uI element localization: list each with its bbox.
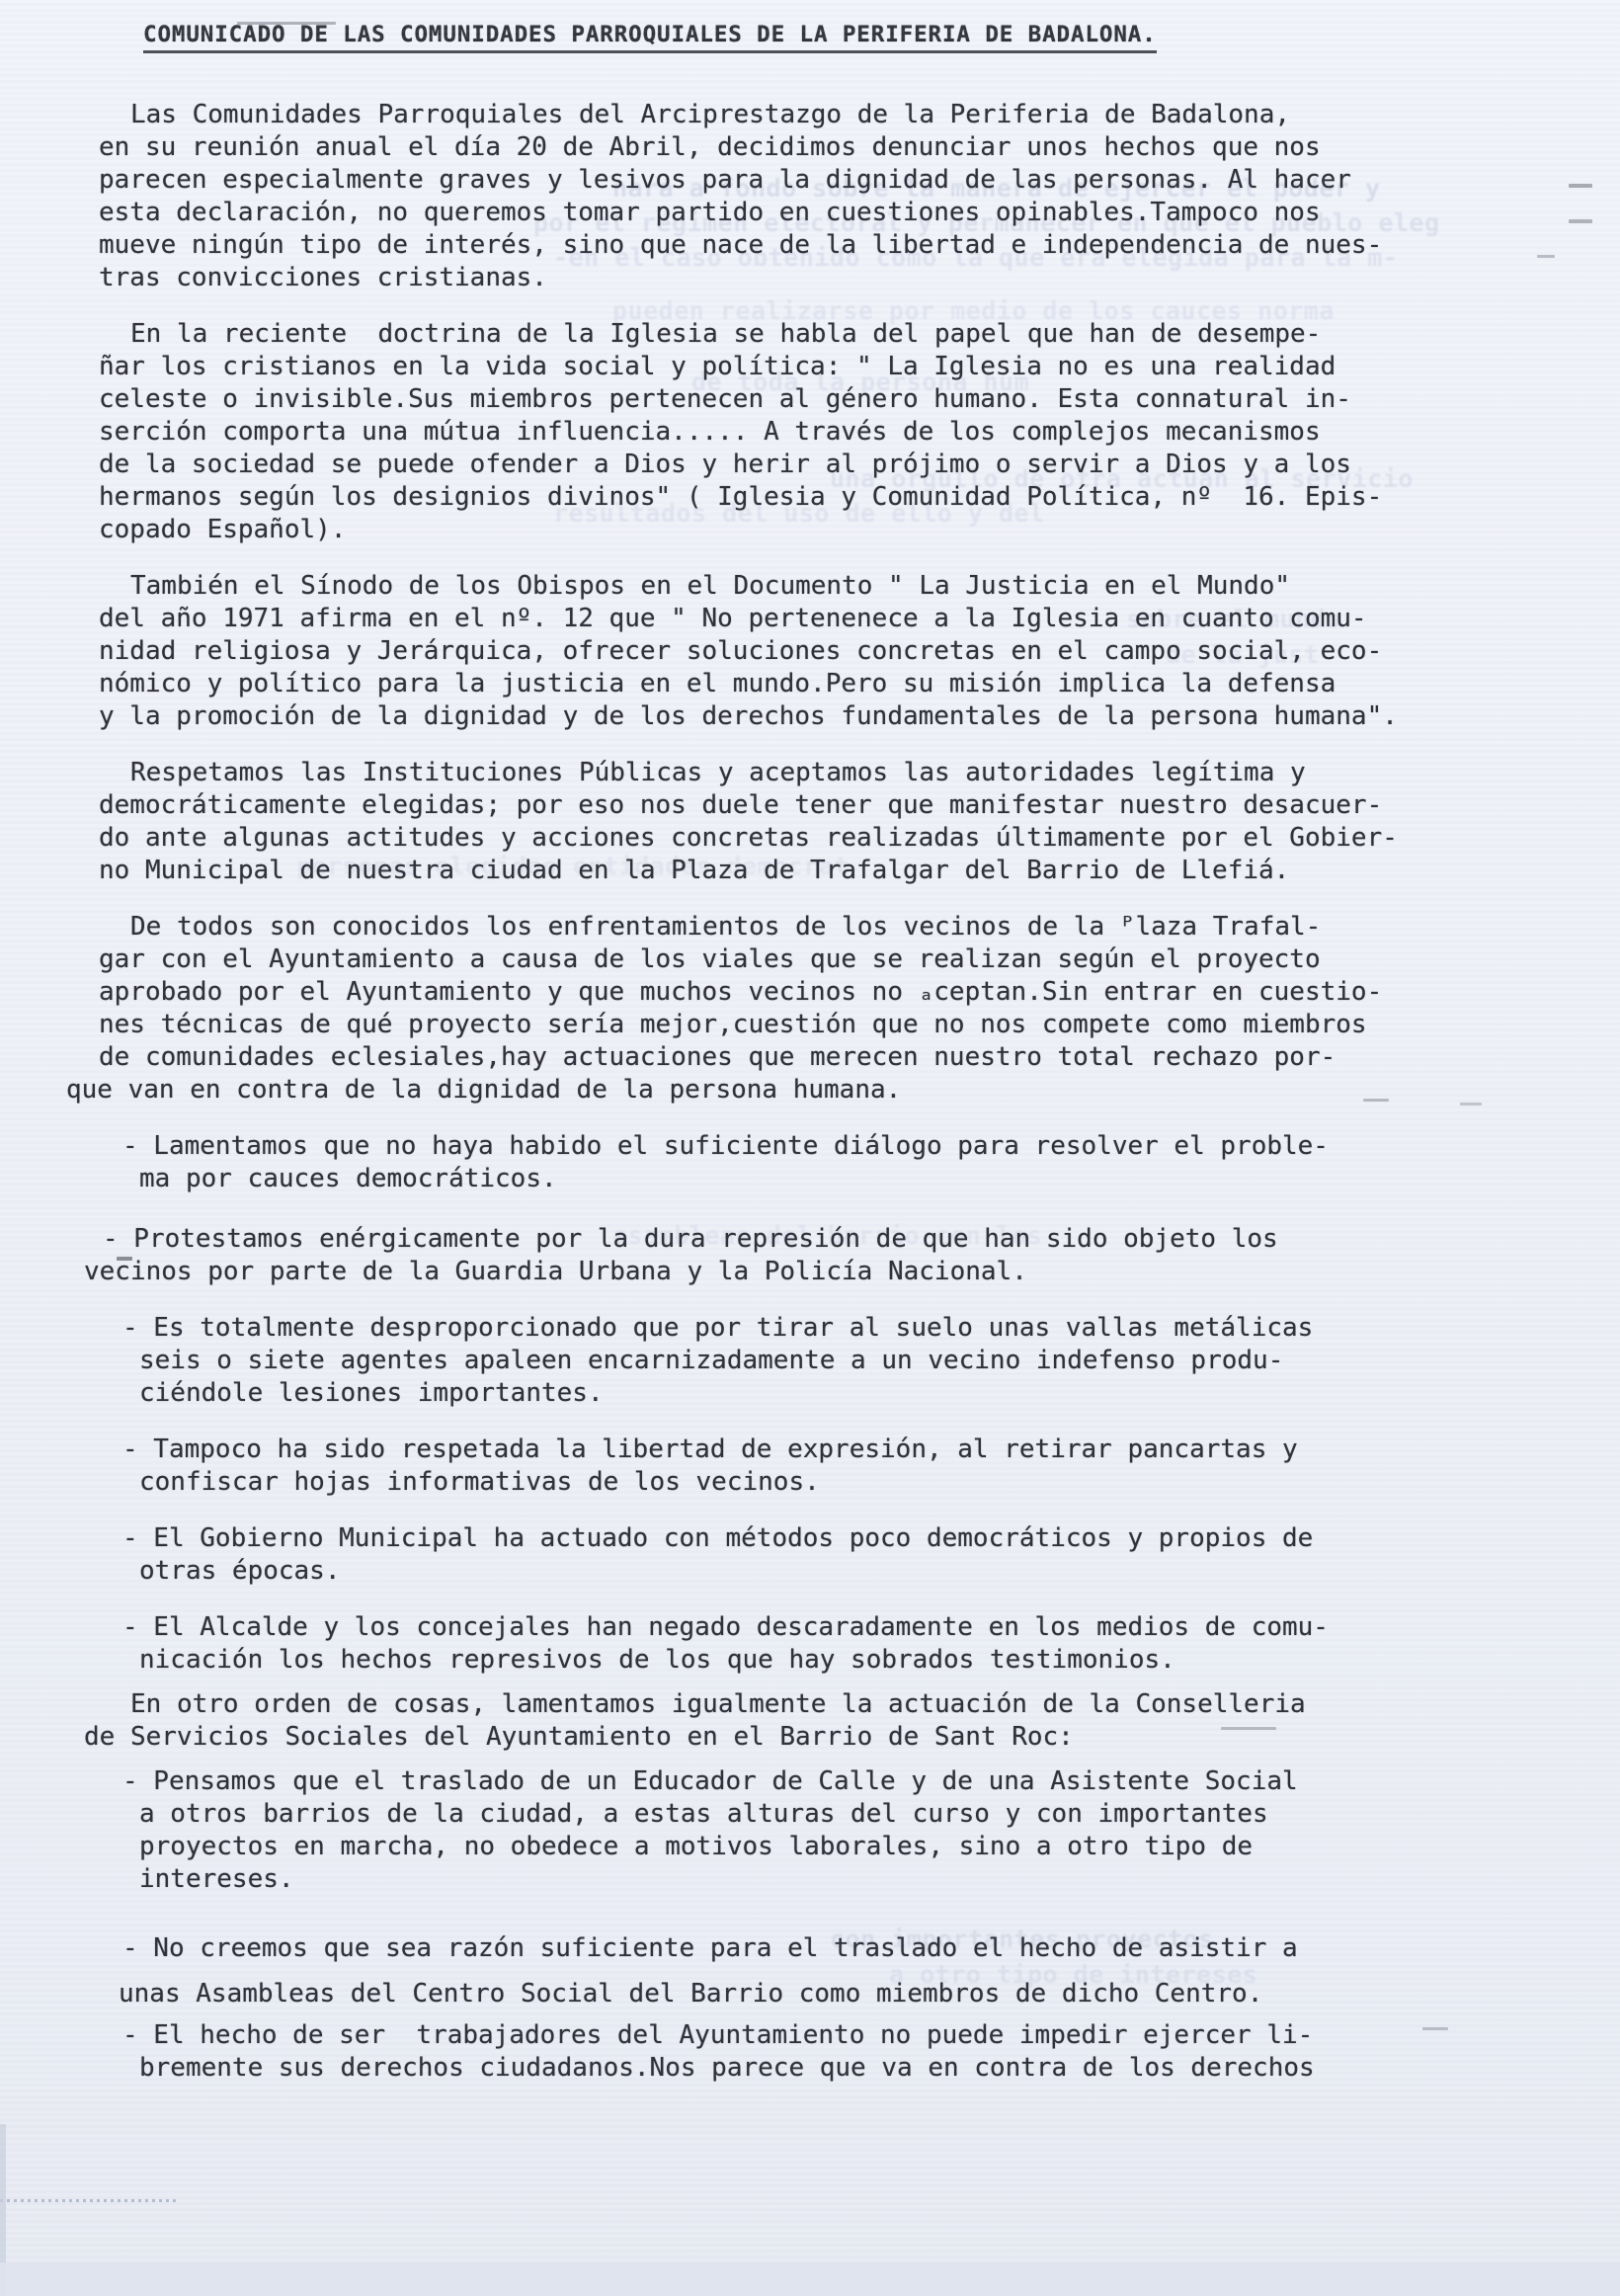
text-line: de comunidades eclesiales,hay actuacione…: [99, 1041, 1620, 1074]
text-line: - Protestamos enérgicamente por la dura …: [103, 1223, 1620, 1256]
bullet-item: - Lamentamos que no haya habido el sufic…: [0, 1130, 1620, 1195]
text-line: vecinos por parte de la Guardia Urbana y…: [84, 1256, 1620, 1288]
text-line: nidad religiosa y Jerárquica, ofrecer so…: [99, 635, 1620, 668]
text-line: tras convicciones cristianas.: [99, 262, 1620, 294]
text-line: - Lamentamos que no haya habido el sufic…: [122, 1130, 1620, 1163]
text-line: aprobado por el Ayuntamiento y que mucho…: [99, 976, 1620, 1009]
bullet-item: - Protestamos enérgicamente por la dura …: [0, 1223, 1620, 1288]
text-line: confiscar hojas informativas de los veci…: [139, 1466, 1620, 1499]
text-line: nicación los hechos represivos de los qu…: [139, 1644, 1620, 1677]
bullet-item: - No creemos que sea razón suficiente pa…: [0, 1926, 1620, 2016]
bullet-item: - El Alcalde y los concejales han negado…: [0, 1611, 1620, 1677]
text-line: esta declaración, no queremos tomar part…: [99, 197, 1620, 229]
text-line: ma por cauces democráticos.: [139, 1163, 1620, 1195]
text-line: intereses.: [139, 1863, 1620, 1896]
text-line: mueve ningún tipo de interés, sino que n…: [99, 229, 1620, 262]
text-line: otras épocas.: [139, 1555, 1620, 1588]
text-line: do ante algunas actitudes y acciones con…: [99, 822, 1620, 855]
text-line: celeste o invisible.Sus miembros pertene…: [99, 383, 1620, 416]
bullet-item: - Es totalmente desproporcionado que por…: [0, 1312, 1620, 1410]
text-line: unas Asambleas del Centro Social del Bar…: [119, 1971, 1620, 2016]
text-line: parecen especialmente graves y lesivos p…: [99, 164, 1620, 197]
text-line: En otro orden de cosas, lamentamos igual…: [130, 1688, 1620, 1721]
text-line: serción comporta una mútua influencia...…: [99, 416, 1620, 449]
text-line: nes técnicas de qué proyecto sería mejor…: [99, 1009, 1620, 1041]
text-line: - Pensamos que el traslado de un Educado…: [122, 1765, 1620, 1798]
paragraph: Las Comunidades Parroquiales del Arcipre…: [0, 99, 1620, 294]
text-line: proyectos en marcha, no obedece a motivo…: [139, 1831, 1620, 1863]
text-line: en su reunión anual el día 20 de Abril, …: [99, 131, 1620, 164]
scan-artifact-sliver: [0, 2124, 6, 2296]
text-line: nómico y político para la justicia en el…: [99, 668, 1620, 700]
text-line: a otros barrios de la ciudad, a estas al…: [139, 1798, 1620, 1831]
text-line: En la reciente doctrina de la Iglesia se…: [130, 318, 1620, 351]
paragraph: En otro orden de cosas, lamentamos igual…: [0, 1688, 1620, 1754]
text-line: copado Español).: [99, 514, 1620, 546]
text-line: De todos son conocidos los enfrentamient…: [130, 911, 1620, 943]
text-line: - El Gobierno Municipal ha actuado con m…: [122, 1522, 1620, 1555]
paragraph: Respetamos las Instituciones Públicas y …: [0, 757, 1620, 887]
bullet-item: - Pensamos que el traslado de un Educado…: [0, 1765, 1620, 1896]
bullet-item: - El hecho de ser trabajadores del Ayunt…: [0, 2019, 1620, 2085]
text-line: ciéndole lesiones importantes.: [139, 1377, 1620, 1410]
text-line: que van en contra de la dignidad de la p…: [66, 1074, 1620, 1107]
text-line: También el Sínodo de los Obispos en el D…: [130, 570, 1620, 603]
text-line: y la promoción de la dignidad y de los d…: [99, 700, 1620, 733]
text-line: Las Comunidades Parroquiales del Arcipre…: [130, 99, 1620, 131]
document-title: COMUNICADO DE LAS COMUNIDADES PARROQUIAL…: [143, 20, 1157, 53]
text-line: - El hecho de ser trabajadores del Ayunt…: [122, 2019, 1620, 2052]
bullet-item: - El Gobierno Municipal ha actuado con m…: [0, 1522, 1620, 1588]
text-line: hermanos según los designios divinos" ( …: [99, 481, 1620, 514]
paragraph: En la reciente doctrina de la Iglesia se…: [0, 318, 1620, 546]
text-line: - Tampoco ha sido respetada la libertad …: [122, 1434, 1620, 1466]
title-row: COMUNICADO DE LAS COMUNIDADES PARROQUIAL…: [0, 0, 1620, 53]
text-line: - No creemos que sea razón suficiente pa…: [122, 1926, 1620, 1971]
paragraph: De todos son conocidos los enfrentamient…: [0, 911, 1620, 1107]
text-line: democráticamente elegidas; por eso nos d…: [99, 789, 1620, 822]
scan-artifact-dotted: [0, 2199, 176, 2202]
text-line: - Es totalmente desproporcionado que por…: [122, 1312, 1620, 1345]
scanned-document-page: nara a fondo sobre la manera de ejercer …: [0, 0, 1620, 2296]
document-body: Las Comunidades Parroquiales del Arcipre…: [0, 99, 1620, 2085]
text-line: bremente sus derechos ciudadanos.Nos par…: [139, 2052, 1620, 2085]
scan-artifact-band: [0, 2262, 1620, 2296]
text-line: no Municipal de nuestra ciudad en la Pla…: [99, 855, 1620, 887]
text-line: del año 1971 afirma en el nº. 12 que " N…: [99, 603, 1620, 635]
paragraph: También el Sínodo de los Obispos en el D…: [0, 570, 1620, 733]
text-line: seis o siete agentes apaleen encarnizada…: [139, 1345, 1620, 1377]
bullet-item: - Tampoco ha sido respetada la libertad …: [0, 1434, 1620, 1499]
text-line: - El Alcalde y los concejales han negado…: [122, 1611, 1620, 1644]
text-line: de Servicios Sociales del Ayuntamiento e…: [84, 1721, 1620, 1754]
text-line: ñar los cristianos en la vida social y p…: [99, 351, 1620, 383]
text-line: de la sociedad se puede ofender a Dios y…: [99, 449, 1620, 481]
text-line: gar con el Ayuntamiento a causa de los v…: [99, 943, 1620, 976]
text-line: Respetamos las Instituciones Públicas y …: [130, 757, 1620, 789]
